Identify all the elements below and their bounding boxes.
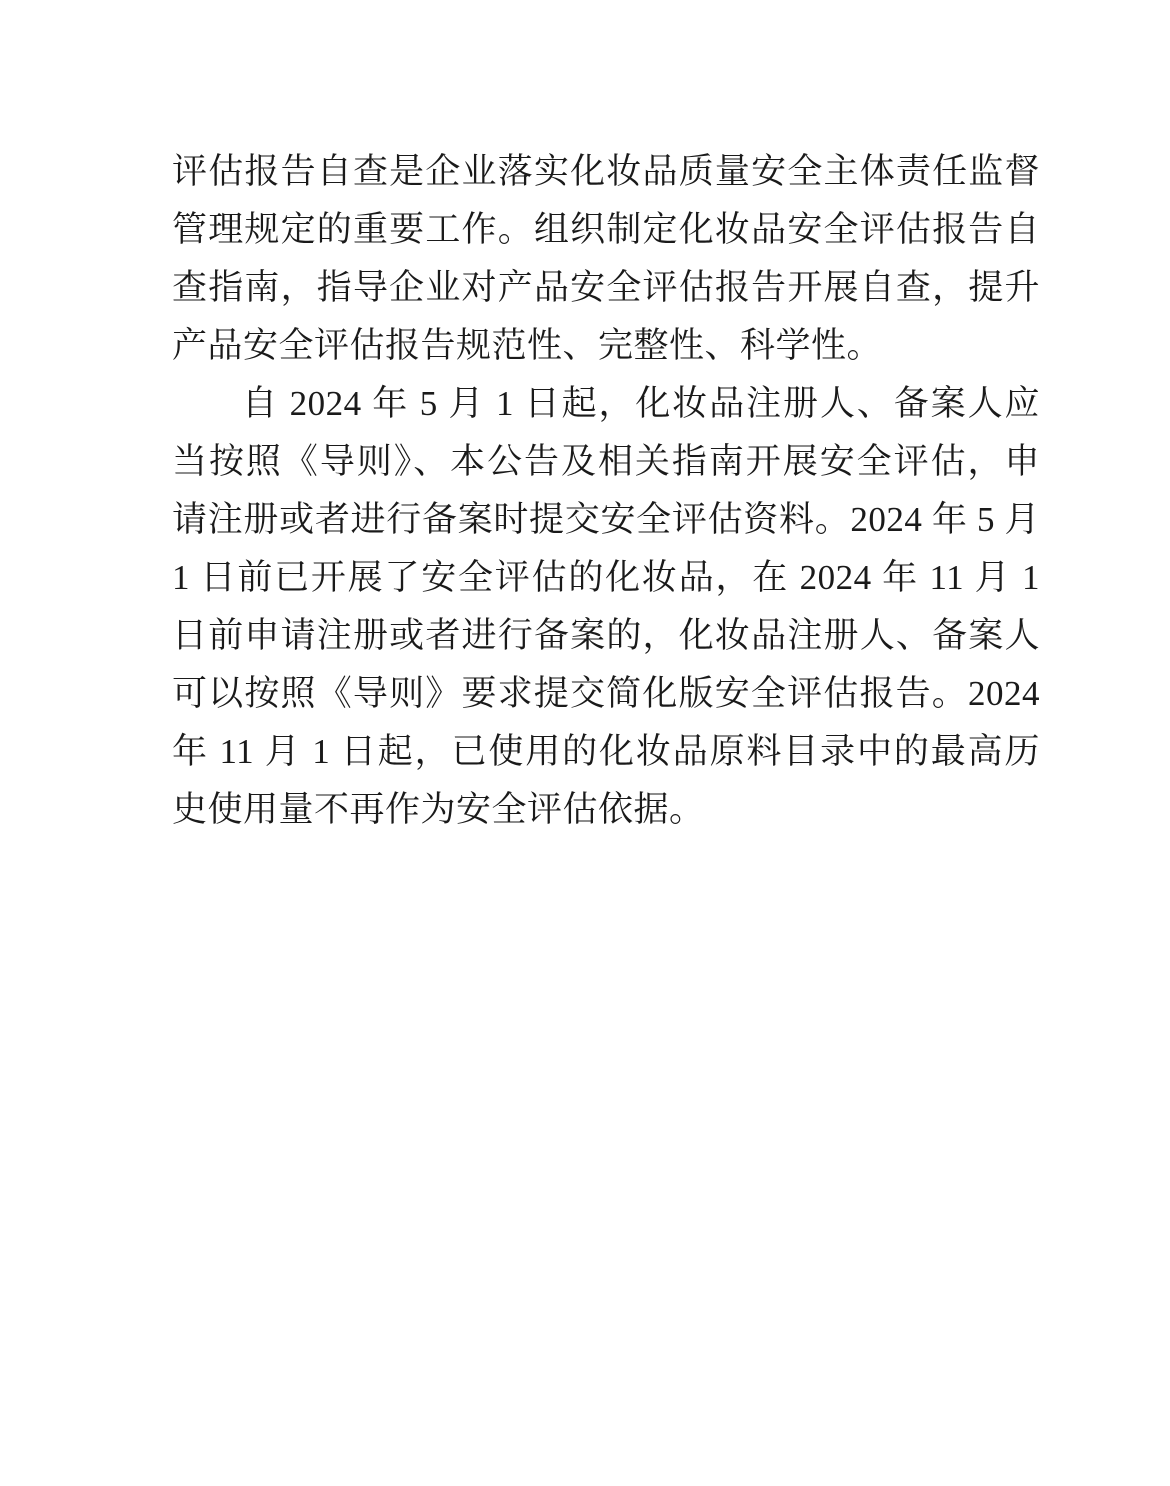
- paragraph-effective-dates: 自 2024 年 5 月 1 日起，化妆品注册人、备案人应当按照《导则》、本公告…: [172, 375, 1040, 839]
- document-page: 评估报告自查是企业落实化妆品质量安全主体责任监督管理规定的重要工作。组织制定化妆…: [0, 0, 1170, 1486]
- paragraph-continuation: 评估报告自查是企业落实化妆品质量安全主体责任监督管理规定的重要工作。组织制定化妆…: [172, 143, 1040, 375]
